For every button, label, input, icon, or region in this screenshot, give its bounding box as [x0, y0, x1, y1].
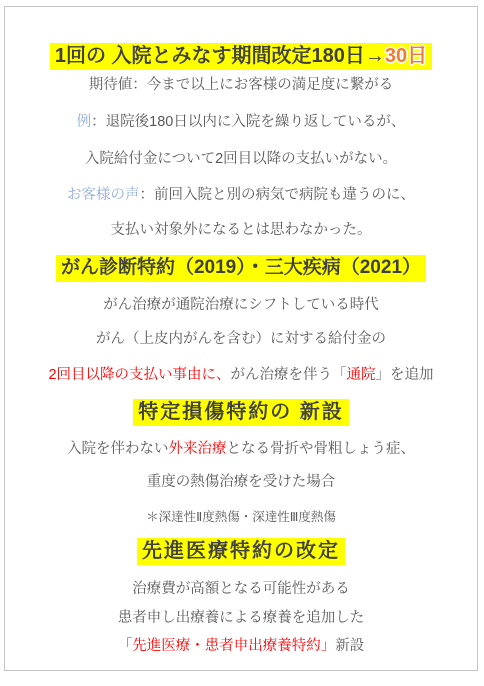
cancer-benefit-line: がん（上皮内がんを含む）に対する給付金の — [5, 330, 477, 349]
expectation-label: 期待値： — [89, 77, 147, 93]
advanced-medical-title: 先進医療特約の改定 — [142, 540, 340, 562]
cancer-payment-red-text: 2回目以降の支払い事由に、 — [48, 367, 230, 383]
expectation-text: 今まで以上にお客様の満足度に繋がる — [147, 77, 394, 93]
customer-voice-text: 前回入院と別の病気で病院も違うのに、 — [154, 187, 415, 203]
cancer-rider-highlight: がん診断特約（2019）・三大疾病（2021） — [56, 255, 426, 282]
cancer-payment-mid-text: がん治療を伴う「 — [231, 367, 347, 383]
injury-rider-highlight: 特定損傷特約の 新設 — [133, 399, 349, 426]
new-rider-line: 「先進医療・患者申出療養特約」新設 — [5, 637, 477, 656]
burn-footnote: ＊深達性Ⅱ度熱傷・深達性Ⅲ度熱傷 — [5, 509, 477, 525]
thirty-days-badge: 30日 — [385, 45, 427, 67]
injury-rider-title: 特定損傷特約の 新設 — [138, 401, 344, 423]
customer-voice-line-1: お客様の声：前回入院と別の病気で病院も違うのに、 — [5, 186, 477, 205]
cancer-rider-heading: がん診断特約（2019）・三大疾病（2021） — [5, 255, 477, 282]
slide-frame: 1回の 入院とみなす期間改定180日→30日 期待値：今まで以上にお客様の満足度… — [4, 6, 478, 671]
example-text: 退院後180日以内に入院を繰り返しているが、 — [106, 114, 406, 130]
patient-request-line: 患者申し出療養による療養を追加した — [5, 609, 477, 628]
inpatient-period-heading: 1回の 入院とみなす期間改定180日→30日 — [5, 43, 477, 70]
example-colon: ： — [91, 114, 106, 130]
injury-rider-heading: 特定損傷特約の 新設 — [5, 399, 477, 426]
expectation-line: 期待値：今まで以上にお客様の満足度に繋がる — [5, 76, 477, 95]
cancer-trend-line: がん治療が通院治療にシフトしている時代 — [5, 296, 477, 315]
high-cost-line: 治療費が高額となる可能性がある — [5, 580, 477, 599]
example-line-1: 例：退院後180日以内に入院を繰り返しているが、 — [5, 113, 477, 132]
fracture-line: 入院を伴わない外来治療となる骨折や骨粗しょう症、 — [5, 440, 477, 459]
outpatient-treatment-red-text: 外来治療 — [169, 441, 227, 457]
new-rider-red-text: 「先進医療・患者申出療養特約」 — [118, 638, 336, 654]
customer-voice-colon: ： — [140, 187, 155, 203]
customer-voice-line-2: 支払い対象外になるとは思わなかった。 — [5, 221, 477, 240]
new-rider-end-text: 新設 — [335, 638, 364, 654]
customer-voice-label: お客様の声 — [67, 187, 140, 203]
cancer-payment-end-text: 」を追加 — [376, 367, 434, 383]
inpatient-period-highlight: 1回の 入院とみなす期間改定180日→30日 — [50, 43, 432, 70]
example-label: 例 — [77, 114, 92, 130]
fracture-post-text: となる骨折や骨粗しょう症、 — [227, 441, 416, 457]
advanced-medical-highlight: 先進医療特約の改定 — [137, 538, 345, 565]
example-line-2: 入院給付金について2回目以降の支払いがない。 — [5, 150, 477, 169]
outpatient-red-text: 通院 — [347, 367, 376, 383]
advanced-medical-heading: 先進医療特約の改定 — [5, 538, 477, 565]
cancer-rider-title: がん診断特約（2019）・三大疾病（2021） — [61, 257, 421, 278]
fracture-pre-text: 入院を伴わない — [67, 441, 169, 457]
cancer-payment-line: 2回目以降の支払い事由に、がん治療を伴う「通院」を追加 — [5, 366, 477, 385]
inpatient-period-title: 1回の 入院とみなす期間改定180日→ — [55, 45, 385, 67]
burn-treatment-line: 重度の熱傷治療を受けた場合 — [5, 473, 477, 492]
